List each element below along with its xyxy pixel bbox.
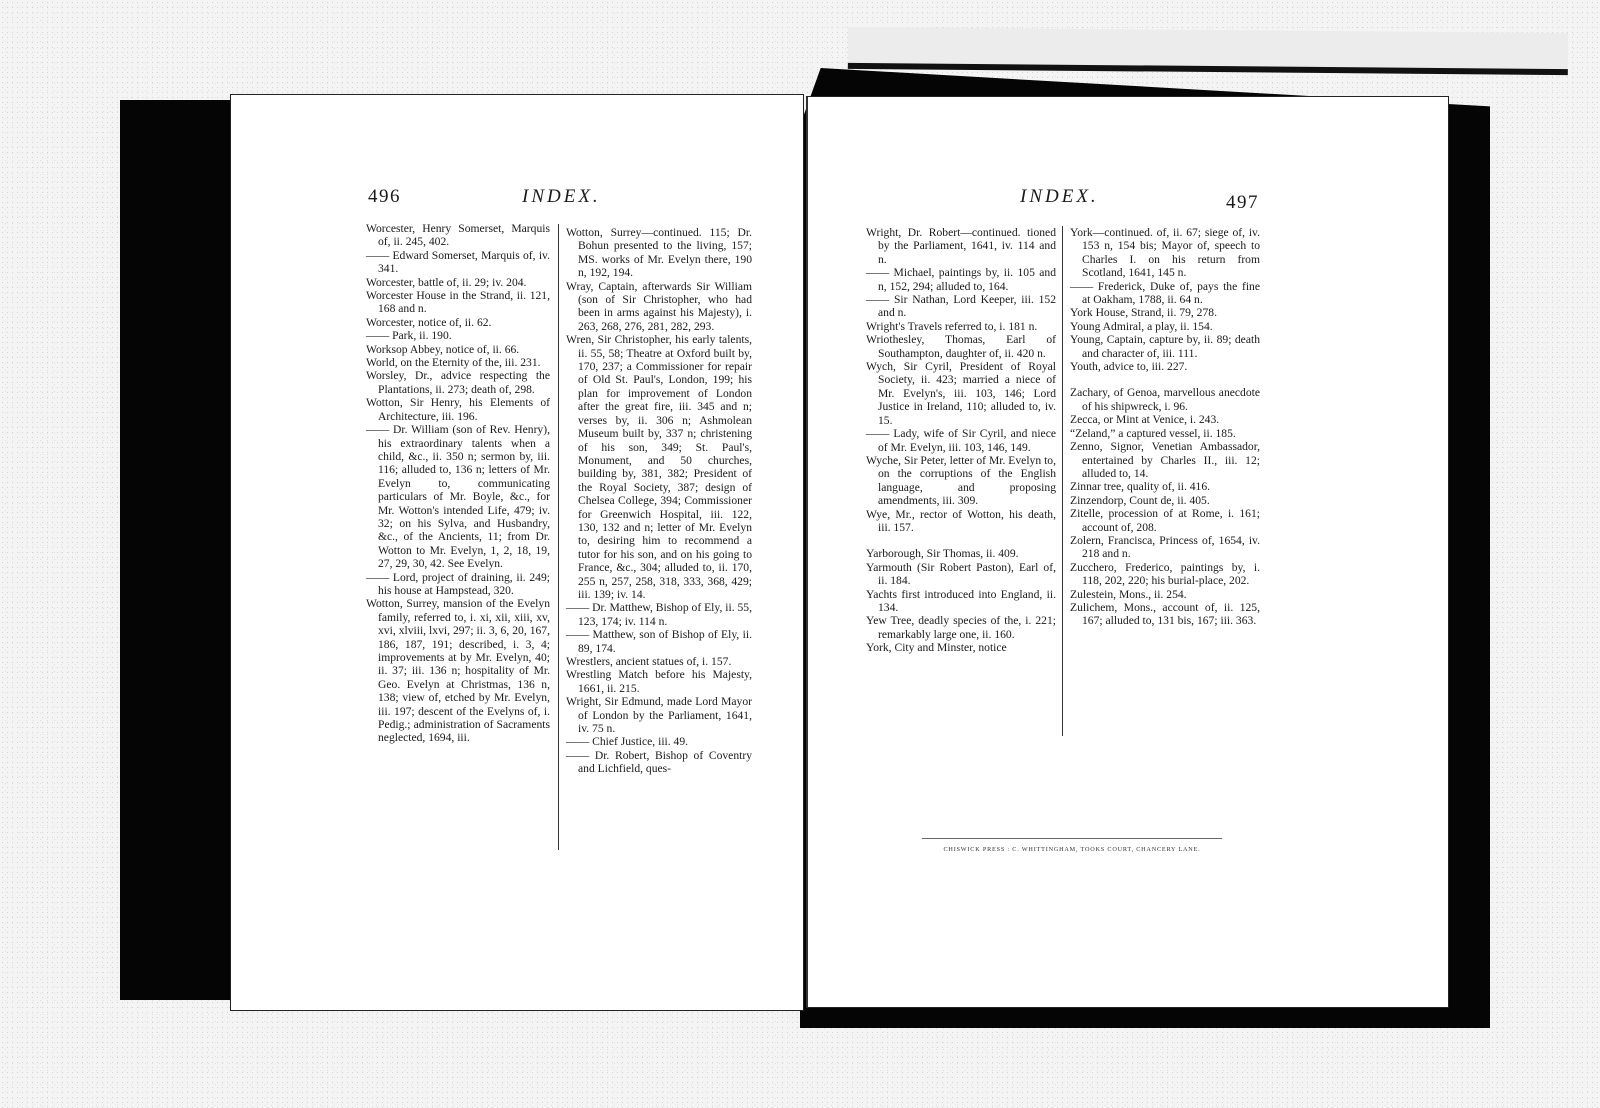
index-entry: Yarborough, Sir Thomas, ii. 409. [866,547,1056,560]
index-entry: —— Lord, project of draining, ii. 249; h… [366,571,550,598]
index-entry: Wotton, Surrey—continued. 115; Dr. Bohun… [566,226,752,280]
left-column-2: Wotton, Surrey—continued. 115; Dr. Bohun… [566,226,752,776]
index-entry: Worcester, notice of, ii. 62. [366,316,550,329]
index-entry: Zolern, Francisca, Princess of, 1654, iv… [1070,534,1260,561]
index-entry: Worksop Abbey, notice of, ii. 66. [366,343,550,356]
index-entry: Wright, Sir Edmund, made Lord Mayor of L… [566,695,752,735]
index-entry: Zinzendorp, Count de, ii. 405. [1070,494,1260,507]
printer-imprint: CHISWICK PRESS : C. WHITTINGHAM, TOOKS C… [922,846,1222,853]
index-entry: Youth, advice to, iii. 227. [1070,360,1260,373]
footer-rule [922,838,1222,839]
index-entry: Zinnar tree, quality of, ii. 416. [1070,480,1260,493]
index-entry: Zitelle, procession of at Rome, i. 161; … [1070,507,1260,534]
right-column-1: Wright, Dr. Robert—continued. tioned by … [866,226,1056,655]
index-entry: Zenno, Signor, Venetian Ambassador, ente… [1070,440,1260,480]
index-entry: Wray, Captain, afterwards Sir William (s… [566,280,752,334]
column-divider [1062,226,1063,736]
index-entry: —— Dr. Robert, Bishop of Coventry and Li… [566,749,752,776]
column-divider [558,224,559,850]
index-entry: Zulichem, Mons., account of, ii. 125, 16… [1070,601,1260,628]
index-entry: York House, Strand, ii. 79, 278. [1070,306,1260,319]
index-entry: —— Frederick, Duke of, pays the fine at … [1070,280,1260,307]
index-entry: Young, Captain, capture by, ii. 89; deat… [1070,333,1260,360]
index-entry: —— Michael, paintings by, ii. 105 and n,… [866,266,1056,293]
index-entry: Wye, Mr., rector of Wotton, his death, i… [866,508,1056,535]
left-page-number: 496 [368,186,401,208]
index-entry: Zucchero, Frederico, paintings by, i. 11… [1070,561,1260,588]
index-entry: Worsley, Dr., advice respecting the Plan… [366,369,550,396]
book-cover-left [120,100,238,1000]
index-entry: Zecca, or Mint at Venice, i. 243. [1070,413,1260,426]
index-entry: Zachary, of Genoa, marvellous anecdote o… [1070,386,1260,413]
index-entry: —— Matthew, son of Bishop of Ely, ii. 89… [566,628,752,655]
index-entry: —— Edward Somerset, Marquis of, iv. 341. [366,249,550,276]
index-entry: —— Chief Justice, iii. 49. [566,735,752,748]
index-entry: Wrestlers, ancient statues of, i. 157. [566,655,752,668]
index-entry: Yachts first introduced into England, ii… [866,588,1056,615]
index-entry: Yarmouth (Sir Robert Paston), Earl of, i… [866,561,1056,588]
index-entry: Wriothesley, Thomas, Earl of Southampton… [866,333,1056,360]
index-entry: Wotton, Sir Henry, his Elements of Archi… [366,396,550,423]
index-entry: Yew Tree, deadly species of the, i. 221;… [866,614,1056,641]
index-entry: Wrestling Match before his Majesty, 1661… [566,668,752,695]
index-entry: Wotton, Surrey, mansion of the Evelyn fa… [366,597,550,744]
index-entry: Worcester, Henry Somerset, Marquis of, i… [366,222,550,249]
index-entry: —— Dr. William (son of Rev. Henry), his … [366,423,550,570]
index-entry: Wright, Dr. Robert—continued. tioned by … [866,226,1056,266]
left-running-title: INDEX. [522,186,601,208]
index-entry: Wyche, Sir Peter, letter of Mr. Evelyn t… [866,454,1056,508]
index-entry: York, City and Minster, notice [866,641,1056,654]
book-top-edge [848,27,1568,75]
index-entry: Wren, Sir Christopher, his early talents… [566,333,752,601]
index-entry: Worcester, battle of, ii. 29; iv. 204. [366,276,550,289]
index-entry: Young Admiral, a play, ii. 154. [1070,320,1260,333]
index-entry: —— Lady, wife of Sir Cyril, and niece of… [866,427,1056,454]
index-entry: Zulestein, Mons., ii. 254. [1070,588,1260,601]
right-column-2: York—continued. of, ii. 67; siege of, iv… [1070,226,1260,628]
index-entry: —— Sir Nathan, Lord Keeper, iii. 152 and… [866,293,1056,320]
right-page-number: 497 [1226,192,1259,214]
index-entry: —— Park, ii. 190. [366,329,550,342]
index-entry: “Zeland,” a captured vessel, ii. 185. [1070,427,1260,440]
left-column-1: Worcester, Henry Somerset, Marquis of, i… [366,222,550,745]
right-running-title: INDEX. [1020,186,1099,208]
index-entry: World, on the Eternity of the, iii. 231. [366,356,550,369]
index-entry: —— Dr. Matthew, Bishop of Ely, ii. 55, 1… [566,601,752,628]
index-entry: York—continued. of, ii. 67; siege of, iv… [1070,226,1260,280]
index-entry: Wright's Travels referred to, i. 181 n. [866,320,1056,333]
index-entry: Wych, Sir Cyril, President of Royal Soci… [866,360,1056,427]
index-entry: Worcester House in the Strand, ii. 121, … [366,289,550,316]
